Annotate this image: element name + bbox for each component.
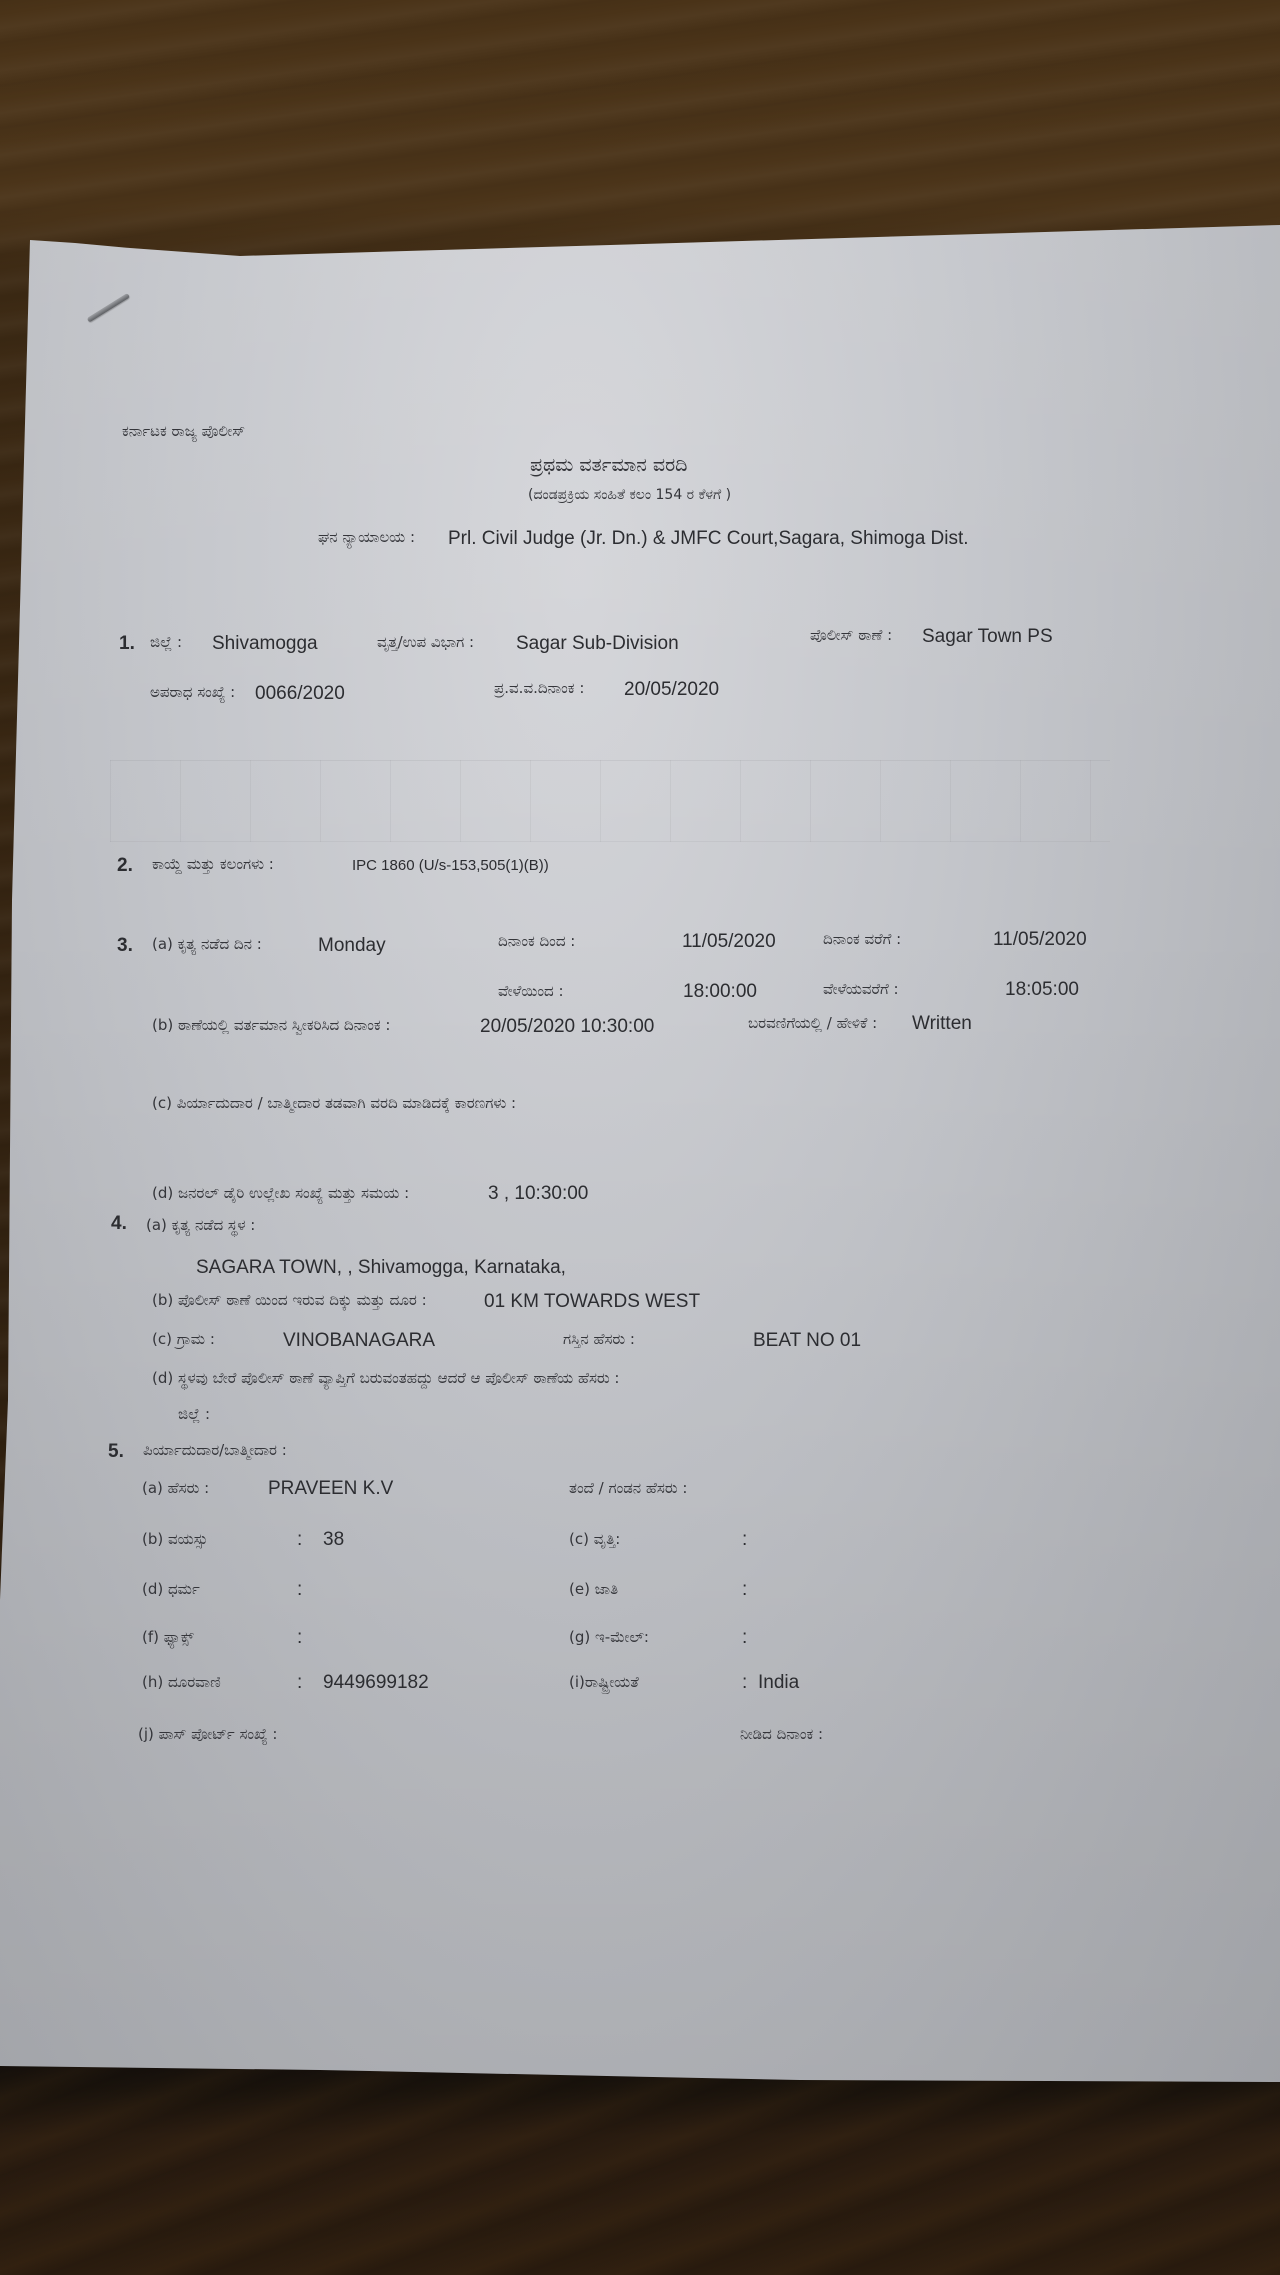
department-name: ಕರ್ನಾಟಕ ರಾಜ್ಯ ಪೊಲೀಸ್ [122, 424, 245, 439]
acts-label: ಕಾಯ್ದೆ ಮತ್ತು ಕಲಂಗಳು : [152, 857, 274, 872]
fir-paper-sheet [0, 0, 1280, 2275]
phone-value: 9449699182 [323, 1673, 429, 1692]
date-from-value: 11/05/2020 [682, 932, 776, 951]
nationality-colon: : [742, 1673, 747, 1692]
email-label: (g) ಇ-ಮೇಲ್: [569, 1630, 649, 1645]
village-label: (c) ಗ್ರಾಮ : [152, 1332, 215, 1347]
time-from-label: ವೇಳೆಯಿಂದ : [498, 984, 564, 999]
phone-colon: : [297, 1673, 302, 1692]
passport-label: (j) ಪಾಸ್ ಪೋರ್ಟ್ ಸಂಖ್ಯೆ : [138, 1727, 277, 1742]
other-district-label: ಜಿಲ್ಲೆ : [178, 1407, 210, 1422]
religion-label: (d) ಧರ್ಮ [142, 1582, 200, 1597]
show-through-grid [110, 760, 1110, 842]
police-station-value: Sagar Town PS [922, 627, 1053, 646]
subdivision-label: ವೃತ್ತ/ಉಪ ವಿಭಾಗ : [377, 635, 474, 650]
received-date-label: (b) ಠಾಣೆಯಲ್ಲಿ ವರ್ತಮಾನ ಸ್ವೀಕರಿಸಿದ ದಿನಾಂಕ … [152, 1018, 390, 1033]
occupation-colon: : [742, 1530, 747, 1549]
religion-colon: : [297, 1580, 302, 1599]
general-diary-label: (d) ಜನರಲ್ ಡೈರಿ ಉಲ್ಲೇಖ ಸಂಖ್ಯೆ ಮತ್ತು ಸಮಯ : [152, 1186, 409, 1201]
fir-date-value: 20/05/2020 [624, 680, 719, 699]
court-value: Prl. Civil Judge (Jr. Dn.) & JMFC Court,… [448, 529, 969, 548]
police-station-label: ಪೊಲೀಸ್ ಠಾಣೆ : [810, 628, 892, 643]
incident-day-label: (a) ಕೃತ್ಯ ನಡೆದ ದಿನ : [152, 937, 262, 952]
section-3-number: 3. [117, 936, 133, 955]
court-label: ಘನ ನ್ಯಾಯಾಲಯ : [318, 530, 415, 545]
caste-label: (e) ಜಾತಿ [569, 1582, 618, 1597]
incident-place-label: (a) ಕೃತ್ಯ ನಡೆದ ಸ್ಥಳ : [146, 1218, 255, 1233]
fax-label: (f) ಫ್ಯಾಕ್ಸ್ [142, 1630, 194, 1645]
section-1-number: 1. [119, 634, 135, 653]
report-mode-label: ಬರವಣಿಗೆಯಲ್ಲಿ / ಹೇಳಿಕೆ : [748, 1016, 877, 1031]
direction-distance-value: 01 KM TOWARDS WEST [484, 1292, 700, 1311]
age-value: 38 [323, 1530, 344, 1549]
complainant-heading: ಪಿರ್ಯಾದುದಾರ/ಬಾತ್ಮೀದಾರ : [143, 1443, 287, 1458]
delay-reason-label: (c) ಪಿರ್ಯಾದುದಾರ / ಬಾತ್ಮೀದಾರ ತಡವಾಗಿ ವರದಿ … [152, 1096, 516, 1111]
nationality-label: (i)ರಾಷ್ಟ್ರೀಯತೆ [569, 1675, 639, 1690]
date-to-label: ದಿನಾಂಕ ವರೆಗೆ : [823, 932, 901, 947]
occupation-label: (c) ವೃತ್ತಿ: [569, 1532, 620, 1547]
time-from-value: 18:00:00 [683, 982, 757, 1001]
general-diary-value: 3 , 10:30:00 [488, 1184, 588, 1203]
time-to-value: 18:05:00 [1005, 980, 1079, 999]
nationality-value: India [758, 1673, 799, 1692]
age-colon: : [297, 1530, 302, 1549]
caste-colon: : [742, 1580, 747, 1599]
crime-number-label: ಅಪರಾಧ ಸಂಖ್ಯೆ : [150, 685, 235, 700]
crime-number-value: 0066/2020 [255, 684, 345, 703]
document-subtitle: (ದಂಡಪ್ರಕ್ರಿಯ ಸಂಹಿತೆ ಕಲಂ 154 ರ ಕೆಳಗೆ ) [528, 488, 731, 502]
wooden-table [0, 2060, 1280, 2275]
time-to-label: ವೇಳೆಯವರೆಗೆ : [823, 982, 899, 997]
beat-value: BEAT NO 01 [753, 1331, 861, 1350]
other-police-station-label: (d) ಸ್ಥಳವು ಬೇರೆ ಪೊಲೀಸ್ ಠಾಣೆ ವ್ಯಾಪ್ತಿಗೆ ಬ… [152, 1371, 619, 1386]
fir-date-label: ಪ್ರ.ವ.ವ.ದಿನಾಂಕ : [494, 681, 584, 696]
beat-label: ಗಸ್ತಿನ ಹೆಸರು : [563, 1332, 635, 1347]
incident-place-value: SAGARA TOWN, , Shivamogga, Karnataka, [196, 1258, 566, 1277]
district-value: Shivamogga [212, 634, 318, 653]
incident-day-value: Monday [318, 936, 386, 955]
date-to-value: 11/05/2020 [993, 930, 1087, 949]
report-mode-value: Written [912, 1014, 972, 1033]
passport-issued-date-label: ನೀಡಿದ ದಿನಾಂಕ : [740, 1727, 823, 1742]
district-label: ಜಿಲ್ಲೆ : [150, 635, 182, 650]
section-2-number: 2. [117, 856, 133, 875]
subdivision-value: Sagar Sub-Division [516, 634, 679, 653]
acts-value: IPC 1860 (U/s-153,505(1)(B)) [352, 858, 549, 873]
date-from-label: ದಿನಾಂಕ ದಿಂದ : [498, 934, 575, 949]
father-name-label: ತಂದೆ / ಗಂಡನ ಹೆಸರು : [569, 1481, 687, 1496]
complainant-name-value: PRAVEEN K.V [268, 1479, 393, 1498]
email-colon: : [742, 1628, 747, 1647]
section-5-number: 5. [108, 1442, 124, 1461]
received-date-value: 20/05/2020 10:30:00 [480, 1017, 654, 1036]
complainant-name-label: (a) ಹೆಸರು : [142, 1481, 209, 1496]
fax-colon: : [297, 1628, 302, 1647]
section-4-number: 4. [111, 1214, 127, 1233]
direction-distance-label: (b) ಪೊಲೀಸ್ ಠಾಣೆ ಯಿಂದ ಇರುವ ದಿಕ್ಕು ಮತ್ತು ದ… [152, 1293, 427, 1308]
phone-label: (h) ದೂರವಾಣಿ [142, 1675, 221, 1690]
age-label: (b) ವಯಸ್ಸು [142, 1532, 208, 1547]
village-value: VINOBANAGARA [283, 1331, 435, 1350]
document-title: ಪ್ರಥಮ ವರ್ತಮಾನ ವರದಿ [530, 456, 687, 475]
